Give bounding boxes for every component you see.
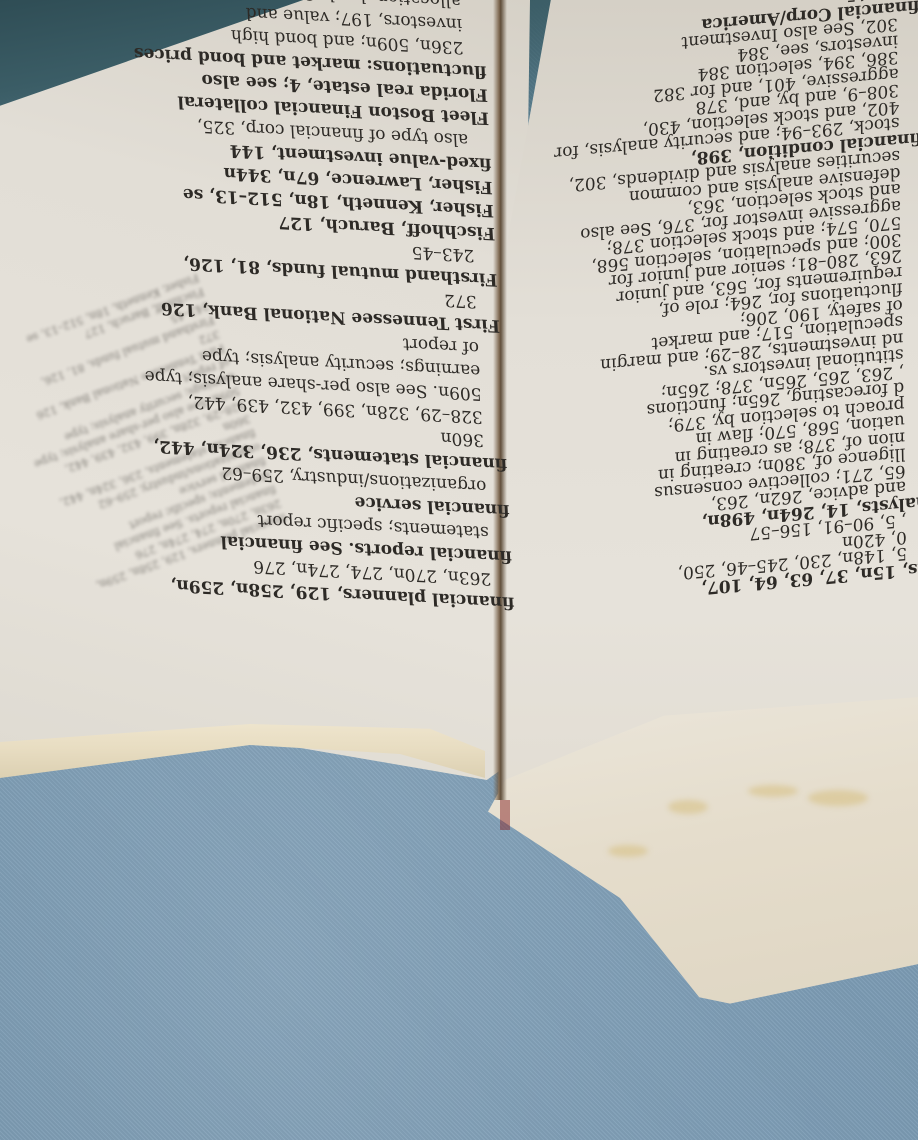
right-page-index-column: ds, 15n, 37, 63, 64, 107,5, 148n, 230, 2…	[580, 0, 918, 605]
spine-binding	[500, 800, 510, 830]
paper-stain	[608, 845, 648, 857]
paper-stain	[808, 790, 868, 806]
paper-stain	[668, 800, 708, 814]
paper-stain	[748, 785, 798, 797]
